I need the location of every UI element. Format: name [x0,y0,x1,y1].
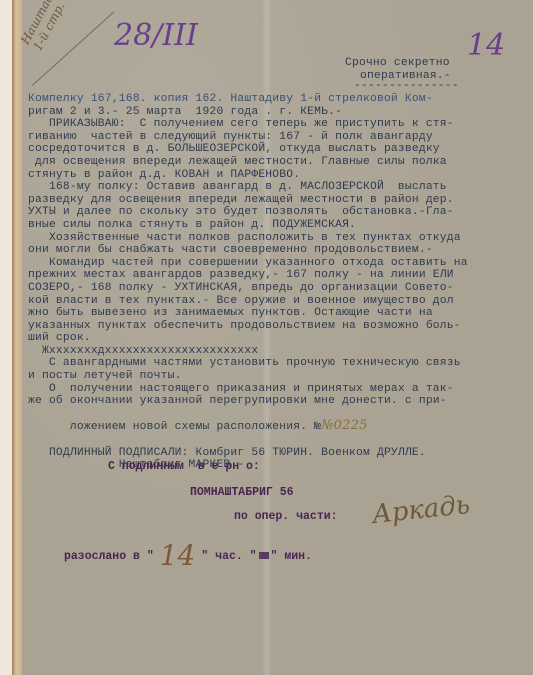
dispatch-minute-blot [259,552,269,559]
body-line: вные силы полка стянуть в район д. ПОДУЖ… [28,219,468,232]
body-line: ригам 2 и 3.- 25 марта 1920 года . г. КЕ… [28,106,468,119]
body-line: указанных пунктах обеспечить продовольст… [28,320,468,333]
body-line: жно быть вывезено из занимаемых пунктов.… [28,307,468,320]
body-line: ложением новой схемы расположения. №№022… [28,408,468,447]
frame-edge [12,0,22,675]
body-line: прежних местах авангардов разведку,- 167… [28,269,468,282]
archive-number: 28/III [114,18,198,53]
body-line: и посты летучей почты. [28,370,468,383]
body-line: УХТЫ и далее по скольку это будет позвол… [28,206,468,219]
signatures-line-1: ПОДЛИННЫЙ ПОДПИСАЛИ: Комбриг 56 ТЮРИН. В… [28,447,468,460]
handwritten-doc-number: №0225 [321,418,367,433]
body-line: ПРИКАЗЫВАЮ: С получением сего теперь же … [28,118,468,131]
certified-copy-stamp: С подлинным в е рн о: [108,460,260,473]
body-line: С авангардными частями установить прочну… [28,357,468,370]
body-line: кой власти в тех пунктах.- Все оружие и … [28,295,468,308]
body-line: же об окончании указанной перегрупировки… [28,395,468,408]
document-page: Наштадиву 1-й стр. 28/III 14 Срочно секр… [22,0,533,675]
classification-line-1: Срочно секретно [345,57,450,70]
dispatch-hour: 14 [160,539,196,572]
dispatch-mid: " час. " [201,550,256,563]
body-line: разведку для освещения впереди лежащей м… [28,194,468,207]
body-line: ший срок. [28,332,468,345]
body-line: Жхххххххдхххххххххххххххххххххх [28,345,468,358]
dispatch-line: разослано в "14" час. "" мин. [64,533,312,566]
classification-underline: --------------- [354,80,459,93]
frame-margin [0,0,12,675]
body-line: О получении настоящего приказания и прин… [28,383,468,396]
dispatch-suffix: " мин. [271,550,312,563]
signature: Аркадь [371,490,472,530]
body-line: 168-му полку: Оставив авангард в д. МАСЛ… [28,181,468,194]
department-stamp: по опер. части: [234,510,338,523]
body-line: СОЗЕРО,- 168 полку - УХТИНСКАЯ, впредь д… [28,282,468,295]
body-line: они могли бы снабжать части своевременно… [28,244,468,257]
body-line: стянуть в район д.д. КОВАН и ПАРФЕНОВО. [28,169,468,182]
page-number: 14 [467,28,505,63]
dispatch-prefix: разослано в " [64,550,154,563]
assistant-chief-stamp: ПОМНАШТАБРИГ 56 [190,486,294,499]
body-line: Хозяйственные части полков расположить в… [28,232,468,245]
body-line: Компелку 167,168. копия 162. Наштадиву 1… [28,93,468,106]
body-line: гиванию частей в следующий пункты: 167 -… [28,131,468,144]
body-line: сосредоточится в д. БОЛЬШЕОЗЕРСКОЙ, отку… [28,143,468,156]
body-line: Командир частей при совершении указанног… [28,257,468,270]
body-line-text: ложением новой схемы расположения. № [70,421,321,433]
body-line: для освещения впереди лежащей местности.… [28,156,468,169]
order-body: Компелку 167,168. копия 162. Наштадиву 1… [28,93,468,472]
